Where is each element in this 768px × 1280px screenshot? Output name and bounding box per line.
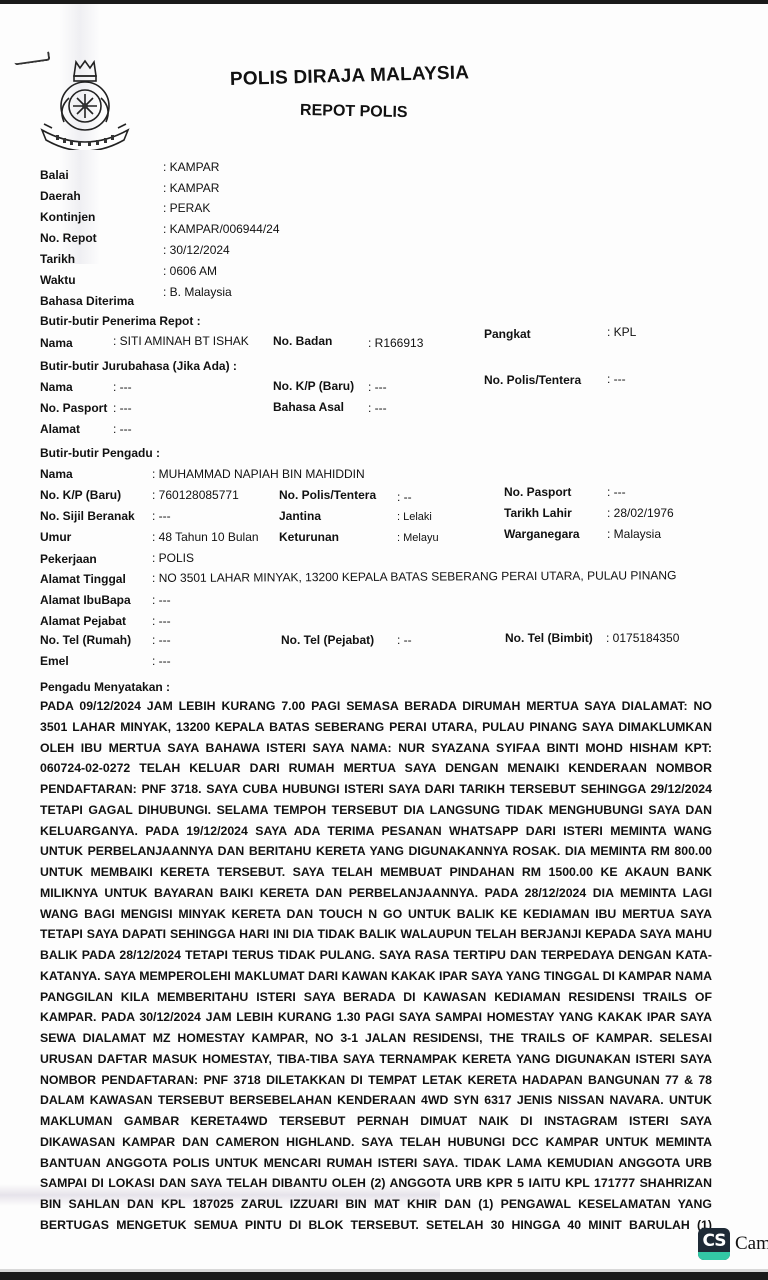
statement-line: BERTUGAS MENGETUK SEMUA PINTU DI BLOK TE… <box>40 1215 712 1236</box>
receiver-name-label: Nama <box>40 336 73 350</box>
statement-line: MILIKNYA UNTUK BAYARAN BAIKI KERETA DAN … <box>40 883 712 904</box>
report-info-value: : 30/12/2024 <box>163 243 230 257</box>
interpreter-passport-value: : --- <box>113 401 132 415</box>
complainant-parent-label: Alamat IbuBapa <box>40 593 131 607</box>
complainant-home-label: Alamat Tinggal <box>40 572 126 586</box>
report-info-label: Balai <box>40 168 69 182</box>
receiver-name-value: : SITI AMINAH BT ISHAK <box>113 334 249 348</box>
interpreter-name-value: : --- <box>113 380 132 394</box>
statement-line: 060724-02-0272 TELAH KELUAR DARI RUMAH M… <box>40 758 712 779</box>
report-info-label: Waktu <box>40 273 76 287</box>
statement-heading: Pengadu Menyatakan : <box>40 680 170 694</box>
statement-line: TETAPI SAYA DAPATI SEHINGGA HARI INI DIA… <box>40 924 712 945</box>
complainant-age-value: : 48 Tahun 10 Bulan <box>152 530 259 544</box>
interpreter-heading: Butir-butir Jurubahasa (Jika Ada) : <box>40 359 237 373</box>
complainant-dob-value: : 28/02/1976 <box>607 506 674 520</box>
complainant-name-label: Nama <box>40 467 73 481</box>
statement-line: KATANYA. SAYA MEMPEROLEHI MAKLUMAT DARI … <box>40 966 712 987</box>
complainant-citizen-label: Warganegara <box>504 527 580 541</box>
interpreter-kp-value: : --- <box>368 380 387 394</box>
statement-line: SAMPAI DI LOKASI DAN SAYA TELAH DIBANTU … <box>40 1173 712 1194</box>
receiver-rank-value: : KPL <box>607 325 636 339</box>
interpreter-lang-label: Bahasa Asal <box>273 400 344 414</box>
statement-line: UNTUK MEMBAIKI KERETA TERSEBUT. SAYA TEL… <box>40 862 712 883</box>
bottom-border <box>0 1272 768 1280</box>
camscanner-brand-text: Cam <box>735 1233 768 1255</box>
statement-line: WANG BAGI MENGISI MINYAK KERETA DAN TOUC… <box>40 904 712 925</box>
statement-line: BIN SAHLAN DAN KPL 187025 ZARUL IZZUARI … <box>40 1194 712 1215</box>
report-info-value: : 0606 AM <box>163 264 217 278</box>
report-info-label: No. Repot <box>40 231 97 245</box>
pdrm-crest-icon <box>38 58 132 150</box>
complainant-job-value: : POLIS <box>152 551 194 565</box>
statement-line: MAKLUMAN GAMBAR KERETA4WD TERSEBUT PERNA… <box>40 1111 712 1132</box>
statement-line: BANTUAN ANGGOTA POLIS UNTUK MENCARI RUMA… <box>40 1153 712 1174</box>
complainant-tel-office-value: : -- <box>397 633 412 647</box>
report-info-label: Daerah <box>40 189 81 203</box>
complainant-kp-label: No. K/P (Baru) <box>40 488 121 502</box>
statement-body: PADA 09/12/2024 JAM LEBIH KURANG 7.00 PA… <box>40 696 712 1236</box>
complainant-birthcert-label: No. Sijil Beranak <box>40 509 135 523</box>
complainant-gender-value: : Lelaki <box>397 511 432 523</box>
complainant-parent-value: : --- <box>152 593 171 607</box>
complainant-birthcert-value: : --- <box>152 509 171 523</box>
complainant-race-value: : Melayu <box>397 532 439 544</box>
complainant-kp-value: : 760128085771 <box>152 488 239 502</box>
page-subtitle: REPOT POLIS <box>300 102 408 122</box>
receiver-badge-label: No. Badan <box>273 334 332 348</box>
statement-line: PANGGILAN KILA MEMBERITAHU ISTERI SAYA B… <box>40 987 712 1008</box>
camscanner-logo-icon: CS <box>698 1228 730 1260</box>
statement-line: BALIK PADA 28/12/2024 TETAPI TERUS TIDAK… <box>40 945 712 966</box>
complainant-tel-mobile-value: : 0175184350 <box>606 631 679 645</box>
report-info-value: : KAMPAR <box>163 181 219 195</box>
complainant-heading: Butir-butir Pengadu : <box>40 446 160 460</box>
report-info-label: Kontinjen <box>40 210 95 224</box>
complainant-tel-home-label: No. Tel (Rumah) <box>40 633 131 647</box>
interpreter-address-label: Alamat <box>40 422 80 436</box>
complainant-email-label: Emel <box>40 654 69 668</box>
statement-line: URUSAN DAFTAR MASUK HOMESTAY, TIBA-TIBA … <box>40 1049 712 1070</box>
complainant-gender-label: Jantina <box>279 509 321 523</box>
report-info-label: Tarikh <box>40 252 75 266</box>
interpreter-polis-value: : --- <box>607 372 626 386</box>
interpreter-address-value: : --- <box>113 422 132 436</box>
report-info-value: : KAMPAR <box>163 160 219 174</box>
complainant-race-label: Keturunan <box>279 530 339 544</box>
report-info-label: Bahasa Diterima <box>40 294 134 308</box>
interpreter-polis-label: No. Polis/Tentera <box>484 373 581 387</box>
statement-line: NOMBOR PENDAFTARAN: PNF 3718 DILETAKKAN … <box>40 1070 712 1091</box>
complainant-tel-office-label: No. Tel (Pejabat) <box>281 633 374 647</box>
report-info-value: : B. Malaysia <box>163 285 232 299</box>
statement-line: SEWA DIALAMAT MZ HOMESTAY KAMPAR, NO 3-1… <box>40 1028 712 1049</box>
statement-line: KELUARGANYA. PADA 19/12/2024 SAYA ADA TE… <box>40 821 712 842</box>
statement-line: KAMPAR. PADA 30/12/2024 JAM LEBIH KURANG… <box>40 1007 712 1028</box>
interpreter-lang-value: : --- <box>368 401 387 415</box>
complainant-passport-value: : --- <box>607 485 626 499</box>
complainant-home-value: : NO 3501 LAHAR MINYAK, 13200 KEPALA BAT… <box>152 568 676 585</box>
report-info-value: : PERAK <box>163 201 210 215</box>
receiver-rank-label: Pangkat <box>484 327 531 341</box>
statement-line: UNTUK PERBELANJAANNYA DAN BERITAHU KERET… <box>40 841 712 862</box>
receiver-heading: Butir-butir Penerima Repot : <box>40 314 201 328</box>
statement-line: 3501 LAHAR MINYAK, 13200 KEPALA BATAS SE… <box>40 717 712 738</box>
complainant-polis-value: : -- <box>397 490 412 504</box>
statement-line: DALAM KAWASAN TERSEBUT BERSEBELAHAN KEND… <box>40 1090 712 1111</box>
complainant-passport-label: No. Pasport <box>504 485 571 499</box>
complainant-job-label: Pekerjaan <box>40 552 97 566</box>
statement-line: PADA 09/12/2024 JAM LEBIH KURANG 7.00 PA… <box>40 696 712 717</box>
receiver-badge-value: : R166913 <box>368 336 423 350</box>
interpreter-passport-label: No. Pasport <box>40 401 107 415</box>
complainant-dob-label: Tarikh Lahir <box>504 506 572 520</box>
complainant-office-value: : --- <box>152 614 171 628</box>
complainant-office-label: Alamat Pejabat <box>40 614 126 628</box>
complainant-polis-label: No. Polis/Tentera <box>279 488 376 502</box>
report-info-value: : KAMPAR/006944/24 <box>163 222 280 236</box>
complainant-name-value: : MUHAMMAD NAPIAH BIN MAHIDDIN <box>152 467 365 481</box>
complainant-tel-home-value: : --- <box>152 633 171 647</box>
complainant-citizen-value: : Malaysia <box>607 527 661 541</box>
complainant-age-label: Umur <box>40 530 71 544</box>
statement-line: DIKAWASAN KAMPAR DAN CAMERON HIGHLAND. S… <box>40 1132 712 1153</box>
statement-line: OLEH IBU MERTUA SAYA BAHAWA ISTERI SAYA … <box>40 738 712 759</box>
statement-line: PENDAFTARAN: PNF 3718. SAYA CUBA HUBUNGI… <box>40 779 712 800</box>
complainant-tel-mobile-label: No. Tel (Bimbit) <box>505 631 593 645</box>
interpreter-name-label: Nama <box>40 380 73 394</box>
interpreter-kp-label: No. K/P (Baru) <box>273 379 354 393</box>
statement-line: TETAPI GAGAL DIHUBUNGI. SELAMA TEMPOH TE… <box>40 800 712 821</box>
complainant-email-value: : --- <box>152 654 171 668</box>
